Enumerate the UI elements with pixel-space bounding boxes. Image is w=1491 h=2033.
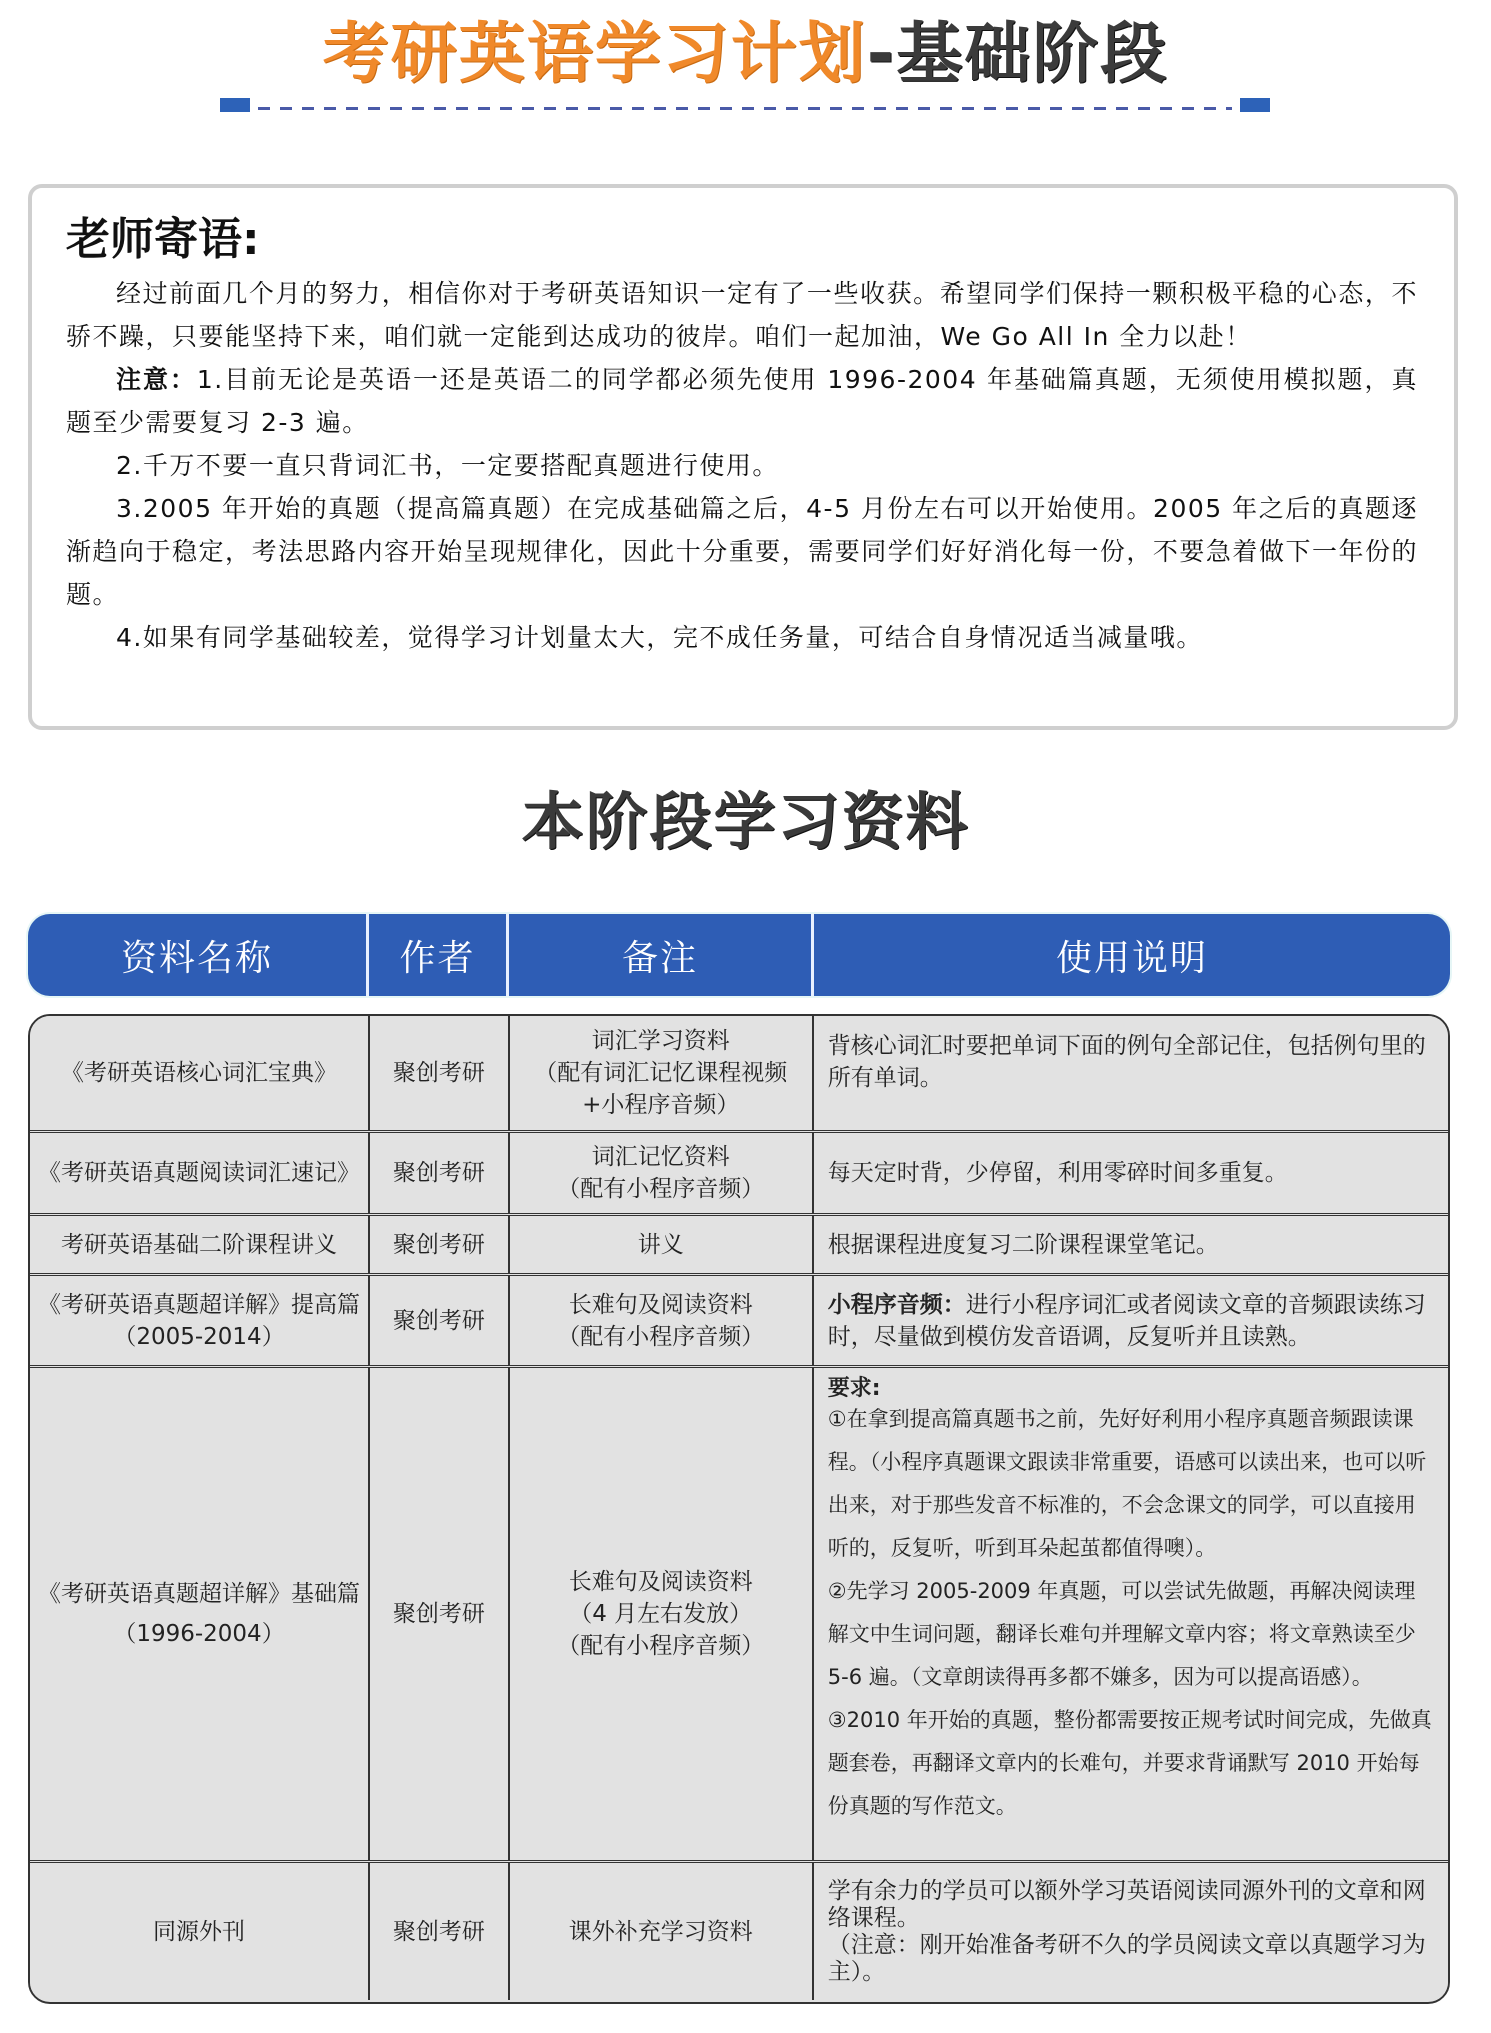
note-item-2: 2.千万不要一直只背词汇书，一定要搭配真题进行使用。 (66, 444, 1418, 487)
cell-name: 同源外刊 (30, 1863, 370, 2000)
cell-remark: 讲义 (510, 1216, 814, 1273)
cell-name: 《考研英语真题阅读词汇速记》 (30, 1133, 370, 1213)
section-title: 本阶段学习资料 (0, 782, 1491, 862)
note-item-3: 3.2005 年开始的真题（提高篇真题）在完成基础篇之后，4-5 月份左右可以开… (66, 487, 1418, 616)
divider-square-left-icon (220, 98, 250, 112)
table-row: 《考研英语真题阅读词汇速记》 聚创考研 词汇记忆资料 （配有小程序音频） 每天定… (30, 1133, 1448, 1216)
cell-author: 聚创考研 (370, 1276, 510, 1365)
column-header-usage: 使用说明 (814, 914, 1450, 996)
column-header-name: 资料名称 (28, 914, 369, 996)
title-main: 考研英语学习计划 (323, 15, 867, 92)
cell-name: 《考研英语真题超详解》提高篇 （2005-2014） (30, 1276, 370, 1365)
cell-usage: 背核心词汇时要把单词下面的例句全部记住，包括例句里的所有单词。 (814, 1016, 1448, 1130)
page-title: 考研英语学习计划-基础阶段 (0, 14, 1491, 94)
cell-remark: 长难句及阅读资料 （配有小程序音频） (510, 1276, 814, 1365)
table-row: 《考研英语真题超详解》基础篇 （1996-2004） 聚创考研 长难句及阅读资料… (30, 1368, 1448, 1863)
table-row: 《考研英语核心词汇宝典》 聚创考研 词汇学习资料 （配有词汇记忆课程视频 +小程… (30, 1016, 1448, 1133)
cell-name: 《考研英语真题超详解》基础篇 （1996-2004） (30, 1368, 370, 1860)
column-header-remark: 备注 (509, 914, 814, 996)
table-row: 同源外刊 聚创考研 课外补充学习资料 学有余力的学员可以额外学习英语阅读同源外刊… (30, 1863, 1448, 2000)
cell-remark: 长难句及阅读资料 （4 月左右发放） （配有小程序音频） (510, 1368, 814, 1860)
note-item-1: 注意：1.目前无论是英语一还是英语二的同学都必须先使用 1996-2004 年基… (66, 358, 1418, 444)
divider-square-right-icon (1240, 98, 1270, 112)
title-divider (220, 98, 1270, 112)
divider-dashes (258, 107, 1232, 110)
cell-usage: 根据课程进度复习二阶课程课堂笔记。 (814, 1216, 1448, 1273)
cell-remark: 课外补充学习资料 (510, 1863, 814, 2000)
table-row: 《考研英语真题超详解》提高篇 （2005-2014） 聚创考研 长难句及阅读资料… (30, 1276, 1448, 1368)
cell-author: 聚创考研 (370, 1133, 510, 1213)
usage-item-3: ③2010 年开始的真题，整份都需要按正规考试时间完成，先做真题套卷，再翻译文章… (828, 1699, 1434, 1828)
cell-author: 聚创考研 (370, 1368, 510, 1860)
cell-name: 《考研英语核心词汇宝典》 (30, 1016, 370, 1130)
usage-item-1: ①在拿到提高篇真题书之前，先好好利用小程序真题音频跟读课程。（小程序真题课文跟读… (828, 1398, 1434, 1570)
materials-table: 《考研英语核心词汇宝典》 聚创考研 词汇学习资料 （配有词汇记忆课程视频 +小程… (28, 1014, 1450, 2004)
cell-author: 聚创考研 (370, 1216, 510, 1273)
note-attention-label: 注意： (116, 365, 197, 394)
cell-author: 聚创考研 (370, 1863, 510, 2000)
column-header-author: 作者 (369, 914, 509, 996)
cell-remark: 词汇记忆资料 （配有小程序音频） (510, 1133, 814, 1213)
cell-usage: 每天定时背，少停留，利用零碎时间多重复。 (814, 1133, 1448, 1213)
cell-usage: 学有余力的学员可以额外学习英语阅读同源外刊的文章和网络课程。 （注意：刚开始准备… (814, 1863, 1448, 2000)
table-header: 资料名称 作者 备注 使用说明 (28, 914, 1450, 996)
table-row: 考研英语基础二阶课程讲义 聚创考研 讲义 根据课程进度复习二阶课程课堂笔记。 (30, 1216, 1448, 1276)
note-title: 老师寄语: (66, 212, 1418, 268)
note-item-4: 4.如果有同学基础较差，觉得学习计划量太大，完不成任务量，可结合自身情况适当减量… (66, 616, 1418, 659)
cell-usage: 要求: ①在拿到提高篇真题书之前，先好好利用小程序真题音频跟读课程。（小程序真题… (814, 1368, 1448, 1860)
note-intro: 经过前面几个月的努力，相信你对于考研英语知识一定有了一些收获。希望同学们保持一颗… (66, 272, 1418, 358)
cell-name: 考研英语基础二阶课程讲义 (30, 1216, 370, 1273)
cell-author: 聚创考研 (370, 1016, 510, 1130)
usage-item-2: ②先学习 2005-2009 年真题，可以尝试先做题，再解决阅读理解文中生词问题… (828, 1570, 1434, 1699)
cell-usage: 小程序音频：进行小程序词汇或者阅读文章的音频跟读练习时，尽量做到模仿发音语调，反… (814, 1276, 1448, 1365)
cell-remark: 词汇学习资料 （配有词汇记忆课程视频 +小程序音频） (510, 1016, 814, 1130)
usage-label: 小程序音频： (828, 1292, 966, 1318)
teacher-note-box: 老师寄语: 经过前面几个月的努力，相信你对于考研英语知识一定有了一些收获。希望同… (28, 184, 1458, 730)
title-stage: -基础阶段 (867, 15, 1168, 92)
